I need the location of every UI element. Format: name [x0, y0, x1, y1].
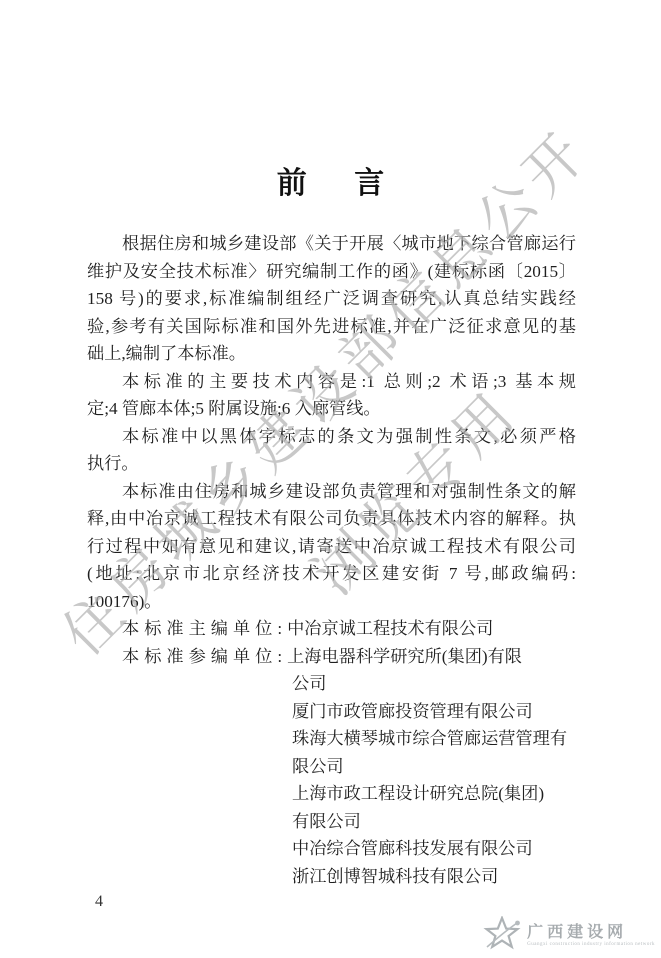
- text-line: 定;4 管廊本体;5 附属设施;6 入廊管线。: [87, 395, 576, 423]
- text-line-content: 释,由中冶京诚工程技术有限公司负责具体技术内容的解释。执: [87, 509, 576, 528]
- text-line: 维护及安全技术标准〉研究编制工作的函》(建标标函〔2015〕: [87, 258, 576, 286]
- text-line: 本标准由住房和城乡建设部负责管理和对强制性条文的解: [87, 478, 576, 506]
- text-line-content: 础上,编制了本标准。: [87, 344, 246, 363]
- text-line-content: 验,参考有关国际标准和国外先进标准,并在广泛征求意见的基: [87, 317, 576, 336]
- text-line-content: 中冶京诚工程技术有限公司: [287, 619, 493, 638]
- text-line: 础上,编制了本标准。: [87, 340, 576, 368]
- text-line: 有限公司: [87, 808, 576, 836]
- document-page: 前 言 根据住房和城乡建设部《关于开展〈城市地下综合管廊运行维护及安全技术标准〉…: [0, 0, 661, 958]
- text-line: 公司: [87, 670, 576, 698]
- text-line-content: 浙江创博智城科技有限公司: [292, 867, 498, 886]
- text-line-content: 珠海大横琴城市综合管廊运营管理有: [292, 729, 567, 748]
- text-line-content: 上海市政工程设计研究总院(集团): [292, 784, 544, 803]
- text-line-content: 中冶综合管廊科技发展有限公司: [292, 839, 533, 858]
- units-label: 本标准参编单位:: [122, 647, 287, 666]
- page-title: 前 言: [0, 158, 661, 202]
- text-line: 中冶综合管廊科技发展有限公司: [87, 835, 576, 863]
- text-line: 158 号)的要求,标准编制组经广泛调查研究,认真总结实践经: [87, 285, 576, 313]
- text-line-content: 本标准中以黑体字标志的条文为强制性条文,必须严格: [122, 427, 576, 446]
- text-line: 厦门市政管廊投资管理有限公司: [87, 698, 576, 726]
- text-line: (地址:北京市北京经济技术开发区建安街 7 号,邮政编码:: [87, 560, 576, 588]
- logo-tagline: Guangxi construction industry informatio…: [527, 942, 655, 947]
- text-line: 验,参考有关国际标准和国外先进标准,并在广泛征求意见的基: [87, 313, 576, 341]
- text-line: 本标准的主要技术内容是:1 总则;2 术语;3 基本规: [87, 368, 576, 396]
- text-line: 本标准参编单位:上海电器科学研究所(集团)有限: [87, 643, 576, 671]
- text-line-content: 有限公司: [292, 812, 361, 831]
- text-line-content: 维护及安全技术标准〉研究编制工作的函》(建标标函〔2015〕: [87, 262, 576, 281]
- text-line: 珠海大横琴城市综合管廊运营管理有: [87, 725, 576, 753]
- text-line: 本标准主编单位:中冶京诚工程技术有限公司: [87, 615, 576, 643]
- text-line-content: 限公司: [292, 757, 344, 776]
- text-line: 行过程中如有意见和建议,请寄送中冶京诚工程技术有限公司: [87, 533, 576, 561]
- star-icon: [483, 916, 521, 950]
- text-line-content: 158 号)的要求,标准编制组经广泛调查研究,认真总结实践经: [87, 289, 576, 308]
- text-line-content: 定;4 管廊本体;5 附属设施;6 入廊管线。: [87, 399, 381, 418]
- text-line: 限公司: [87, 753, 576, 781]
- text-line-content: 执行。: [87, 454, 139, 473]
- text-line-content: 行过程中如有意见和建议,请寄送中冶京诚工程技术有限公司: [87, 537, 576, 556]
- text-line-content: 100176)。: [87, 592, 161, 611]
- text-line: 根据住房和城乡建设部《关于开展〈城市地下综合管廊运行: [87, 230, 576, 258]
- text-line-content: (地址:北京市北京经济技术开发区建安街 7 号,邮政编码:: [87, 564, 576, 583]
- site-logo: 广西建设网 Guangxi construction industry info…: [483, 916, 655, 950]
- text-line-content: 厦门市政管廊投资管理有限公司: [292, 702, 533, 721]
- logo-name: 广西建设网: [527, 919, 655, 942]
- text-line: 上海市政工程设计研究总院(集团): [87, 780, 576, 808]
- text-line-content: 本标准由住房和城乡建设部负责管理和对强制性条文的解: [122, 482, 576, 501]
- text-line: 浙江创博智城科技有限公司: [87, 863, 576, 891]
- text-line-content: 上海电器科学研究所(集团)有限: [287, 647, 522, 666]
- text-line-content: 本标准的主要技术内容是:1 总则;2 术语;3 基本规: [122, 372, 576, 391]
- units-label: 本标准主编单位:: [122, 619, 287, 638]
- text-line: 本标准中以黑体字标志的条文为强制性条文,必须严格: [87, 423, 576, 451]
- text-line-content: 公司: [292, 674, 326, 693]
- text-line-content: 根据住房和城乡建设部《关于开展〈城市地下综合管廊运行: [122, 234, 576, 253]
- text-line: 100176)。: [87, 588, 576, 616]
- text-line: 执行。: [87, 450, 576, 478]
- foreword-body: 根据住房和城乡建设部《关于开展〈城市地下综合管廊运行维护及安全技术标准〉研究编制…: [87, 230, 576, 890]
- text-line: 释,由中冶京诚工程技术有限公司负责具体技术内容的解释。执: [87, 505, 576, 533]
- page-number: 4: [95, 893, 103, 911]
